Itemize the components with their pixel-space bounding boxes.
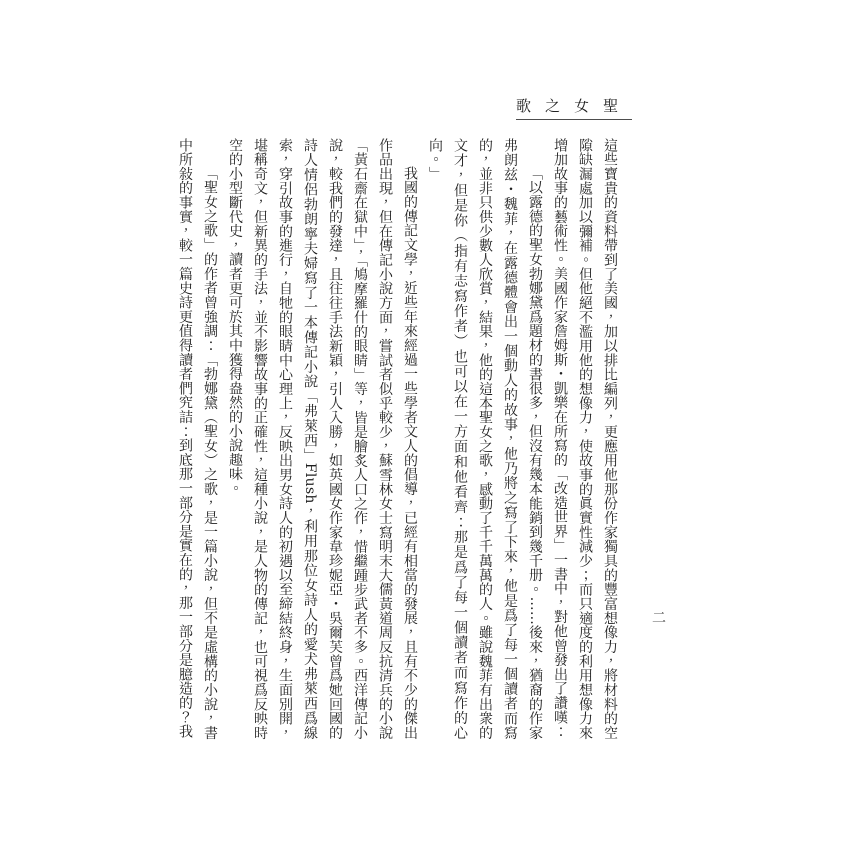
paragraph-1: 這些寶貴的資料帶到了美國，加以排比編列，更應用他那份作家獨具的豐富想像力，將材料…: [547, 138, 622, 740]
paragraph-3: 我國的傳記文學，近些年來經過一些學者文人的倡導，已經有相當的發展，且有不少的傑出…: [222, 138, 422, 740]
vertical-text-block: 這些寶貴的資料帶到了美國，加以排比編列，更應用他那份作家獨具的豐富想像力，將材料…: [172, 138, 622, 740]
page-title: 歌之女聖: [516, 95, 632, 120]
book-page: 歌之女聖 二 這些寶貴的資料帶到了美國，加以排比編列，更應用他那份作家獨具的豐富…: [0, 0, 850, 850]
running-head: 歌之女聖: [516, 95, 632, 120]
paragraph-2: 「以露德的聖女勃娜黛爲題材的書很多，但沒有幾本能銷到幾千册。……後來，猶裔的作家…: [422, 138, 547, 740]
page-number: 二: [648, 610, 668, 624]
paragraph-4: 「聖女之歌」的作者曾強調：「勃娜黛（聖女）之歌，是一篇小說，但不是虛構的小說，書…: [172, 138, 222, 740]
